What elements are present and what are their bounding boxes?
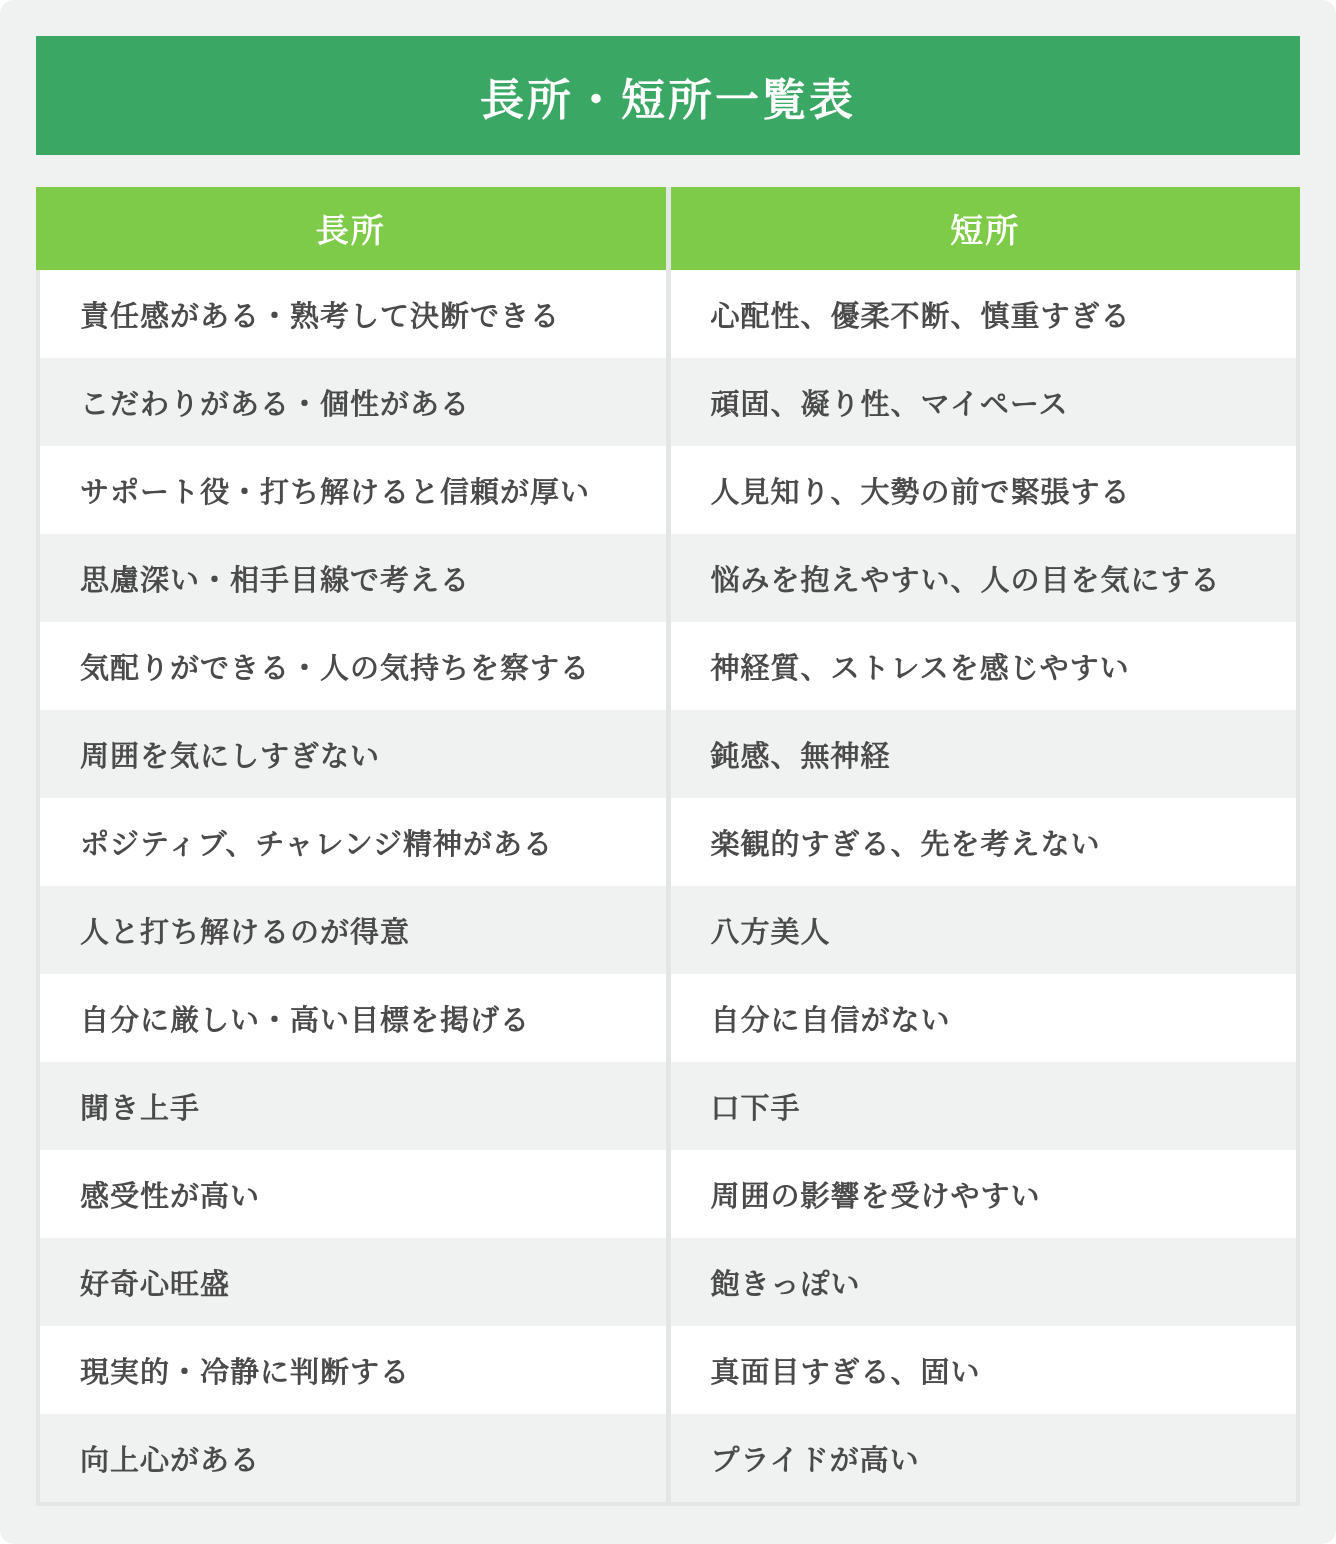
cons-cell: 人見知り、大勢の前で緊張する bbox=[671, 446, 1297, 534]
pros-cell: 人と打ち解けるのが得意 bbox=[40, 886, 666, 974]
column-header-cons: 短所 bbox=[671, 187, 1301, 270]
cons-cell: 自分に自信がない bbox=[671, 974, 1297, 1062]
cons-cell: 心配性、優柔不断、慎重すぎる bbox=[671, 270, 1297, 358]
cons-cell: 周囲の影響を受けやすい bbox=[671, 1150, 1297, 1238]
page-title: 長所・短所一覧表 bbox=[36, 36, 1300, 155]
table-row: 人と打ち解けるのが得意八方美人 bbox=[40, 886, 1296, 974]
pros-cell: 感受性が高い bbox=[40, 1150, 666, 1238]
cons-cell: 八方美人 bbox=[671, 886, 1297, 974]
table-row: 感受性が高い周囲の影響を受けやすい bbox=[40, 1150, 1296, 1238]
cons-cell: プライドが高い bbox=[671, 1414, 1297, 1502]
table-body: 責任感がある・熟考して決断できる心配性、優柔不断、慎重すぎるこだわりがある・個性… bbox=[36, 270, 1300, 1506]
table-row: 周囲を気にしすぎない鈍感、無神経 bbox=[40, 710, 1296, 798]
table-row: 向上心があるプライドが高い bbox=[40, 1414, 1296, 1502]
table-row: 自分に厳しい・高い目標を掲げる自分に自信がない bbox=[40, 974, 1296, 1062]
cons-cell: 飽きっぽい bbox=[671, 1238, 1297, 1326]
pros-cons-card: 長所・短所一覧表 長所 短所 責任感がある・熟考して決断できる心配性、優柔不断、… bbox=[0, 0, 1336, 1544]
cons-cell: 楽観的すぎる、先を考えない bbox=[671, 798, 1297, 886]
pros-cell: 現実的・冷静に判断する bbox=[40, 1326, 666, 1414]
cons-cell: 悩みを抱えやすい、人の目を気にする bbox=[671, 534, 1297, 622]
pros-cell: 思慮深い・相手目線で考える bbox=[40, 534, 666, 622]
table-row: こだわりがある・個性がある頑固、凝り性、マイペース bbox=[40, 358, 1296, 446]
table-row: 好奇心旺盛飽きっぽい bbox=[40, 1238, 1296, 1326]
table-row: ポジティブ、チャレンジ精神がある楽観的すぎる、先を考えない bbox=[40, 798, 1296, 886]
pros-cell: 好奇心旺盛 bbox=[40, 1238, 666, 1326]
cons-cell: 口下手 bbox=[671, 1062, 1297, 1150]
table-row: 現実的・冷静に判断する真面目すぎる、固い bbox=[40, 1326, 1296, 1414]
pros-cell: 周囲を気にしすぎない bbox=[40, 710, 666, 798]
pros-cell: ポジティブ、チャレンジ精神がある bbox=[40, 798, 666, 886]
pros-cell: 向上心がある bbox=[40, 1414, 666, 1502]
table-row: 聞き上手口下手 bbox=[40, 1062, 1296, 1150]
cons-cell: 鈍感、無神経 bbox=[671, 710, 1297, 798]
pros-cell: 責任感がある・熟考して決断できる bbox=[40, 270, 666, 358]
cons-cell: 真面目すぎる、固い bbox=[671, 1326, 1297, 1414]
cons-cell: 神経質、ストレスを感じやすい bbox=[671, 622, 1297, 710]
pros-cell: 聞き上手 bbox=[40, 1062, 666, 1150]
table-row: 思慮深い・相手目線で考える悩みを抱えやすい、人の目を気にする bbox=[40, 534, 1296, 622]
pros-cell: 気配りができる・人の気持ちを察する bbox=[40, 622, 666, 710]
column-header-pros: 長所 bbox=[36, 187, 666, 270]
table-row: 責任感がある・熟考して決断できる心配性、優柔不断、慎重すぎる bbox=[40, 270, 1296, 358]
cons-cell: 頑固、凝り性、マイペース bbox=[671, 358, 1297, 446]
pros-cons-table: 長所 短所 責任感がある・熟考して決断できる心配性、優柔不断、慎重すぎるこだわり… bbox=[36, 187, 1300, 1506]
table-row: サポート役・打ち解けると信頼が厚い人見知り、大勢の前で緊張する bbox=[40, 446, 1296, 534]
pros-cell: サポート役・打ち解けると信頼が厚い bbox=[40, 446, 666, 534]
pros-cell: こだわりがある・個性がある bbox=[40, 358, 666, 446]
pros-cell: 自分に厳しい・高い目標を掲げる bbox=[40, 974, 666, 1062]
table-row: 気配りができる・人の気持ちを察する神経質、ストレスを感じやすい bbox=[40, 622, 1296, 710]
table-header-row: 長所 短所 bbox=[36, 187, 1300, 270]
